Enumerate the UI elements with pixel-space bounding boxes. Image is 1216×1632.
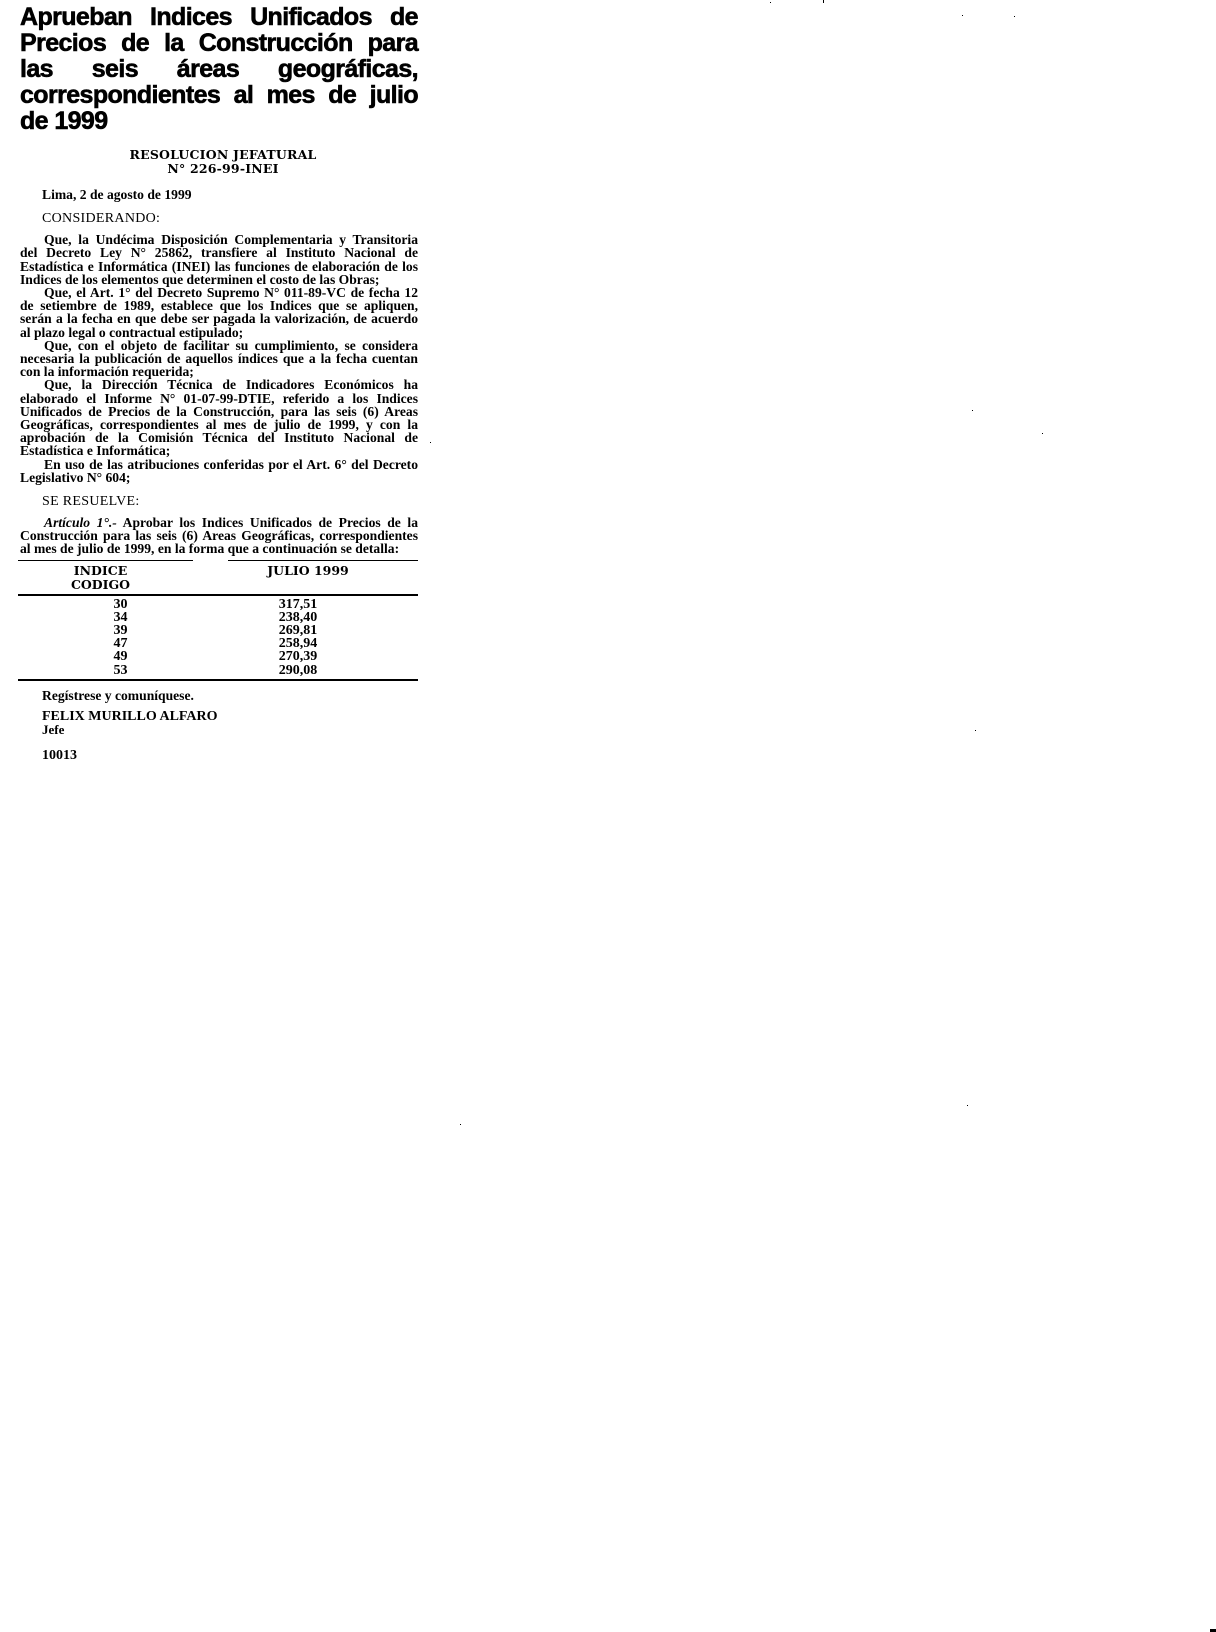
header-indice-codigo: INDICE CODIGO <box>18 564 218 592</box>
table-row: 30 317,51 <box>18 598 418 611</box>
scan-speck <box>975 730 976 731</box>
cell-value: 270,39 <box>218 650 418 663</box>
consideration-paragraph: En uso de las atribuciones conferidas po… <box>18 458 418 484</box>
table-row: 53 290,08 <box>18 664 418 677</box>
table-body: 30 317,51 34 238,40 39 269,81 47 258,94 … <box>18 596 418 679</box>
header-col1-line1: INDICE <box>53 564 148 578</box>
header-julio-1999: JULIO 1999 <box>218 564 418 592</box>
cell-code: 49 <box>18 650 218 663</box>
cell-value: 269,81 <box>218 624 418 637</box>
scan-speck <box>823 0 824 3</box>
closing-formula: Regístrese y comuníquese. <box>18 689 418 702</box>
table-rule-col2 <box>228 560 418 561</box>
resolves-label: SE RESUELVE: <box>18 494 418 510</box>
consideration-paragraph: Que, la Undécima Disposición Complementa… <box>18 233 418 286</box>
date-line: Lima, 2 de agosto de 1999 <box>18 188 418 201</box>
scan-speck <box>430 442 431 443</box>
scan-speck <box>460 1124 461 1125</box>
scan-speck <box>967 1105 968 1106</box>
resolution-number: N° 226-99-INEI <box>28 162 418 176</box>
scan-speck <box>962 15 963 16</box>
cell-value: 238,40 <box>218 611 418 624</box>
article-1: Artículo 1°.- Aprobar los Indices Unific… <box>18 516 418 556</box>
document-code: 10013 <box>18 748 418 764</box>
considering-label: CONSIDERANDO: <box>18 211 418 227</box>
considerations: Que, la Undécima Disposición Complementa… <box>18 233 418 484</box>
index-table: INDICE CODIGO JULIO 1999 30 317,51 34 23… <box>18 560 418 681</box>
cell-value: 290,08 <box>218 664 418 677</box>
scan-speck <box>770 2 771 3</box>
resolution-heading: RESOLUCION JEFATURAL N° 226-99-INEI <box>18 148 418 176</box>
consideration-paragraph: Que, con el objeto de facilitar su cumpl… <box>18 339 418 379</box>
cell-value: 317,51 <box>218 598 418 611</box>
resolution-type: RESOLUCION JEFATURAL <box>28 148 418 162</box>
table-row: 39 269,81 <box>18 624 418 637</box>
signer-name: FELIX MURILLO ALFARO <box>18 710 418 723</box>
article-1-paragraph: Artículo 1°.- Aprobar los Indices Unific… <box>18 516 418 556</box>
scan-speck <box>972 410 973 411</box>
consideration-paragraph: Que, la Dirección Técnica de Indicadores… <box>18 378 418 457</box>
cell-code: 30 <box>18 598 218 611</box>
signer-title: Jefe <box>18 723 418 736</box>
table-rule-col1 <box>18 560 193 561</box>
table-row: 47 258,94 <box>18 637 418 650</box>
cell-value: 258,94 <box>218 637 418 650</box>
scan-speck <box>1014 16 1015 17</box>
scan-speck <box>1042 433 1043 434</box>
consideration-paragraph: Que, el Art. 1° del Decreto Supremo N° 0… <box>18 286 418 339</box>
table-row: 34 238,40 <box>18 611 418 624</box>
table-bottom-rule <box>18 679 418 681</box>
headline: Aprueban Indices Unificados de Precios d… <box>20 4 418 134</box>
table-row: 49 270,39 <box>18 650 418 663</box>
cell-code: 53 <box>18 664 218 677</box>
table-header: INDICE CODIGO JULIO 1999 <box>18 561 418 594</box>
header-col1-line2: CODIGO <box>53 578 148 592</box>
resolution-article: Aprueban Indices Unificados de Precios d… <box>18 4 418 764</box>
